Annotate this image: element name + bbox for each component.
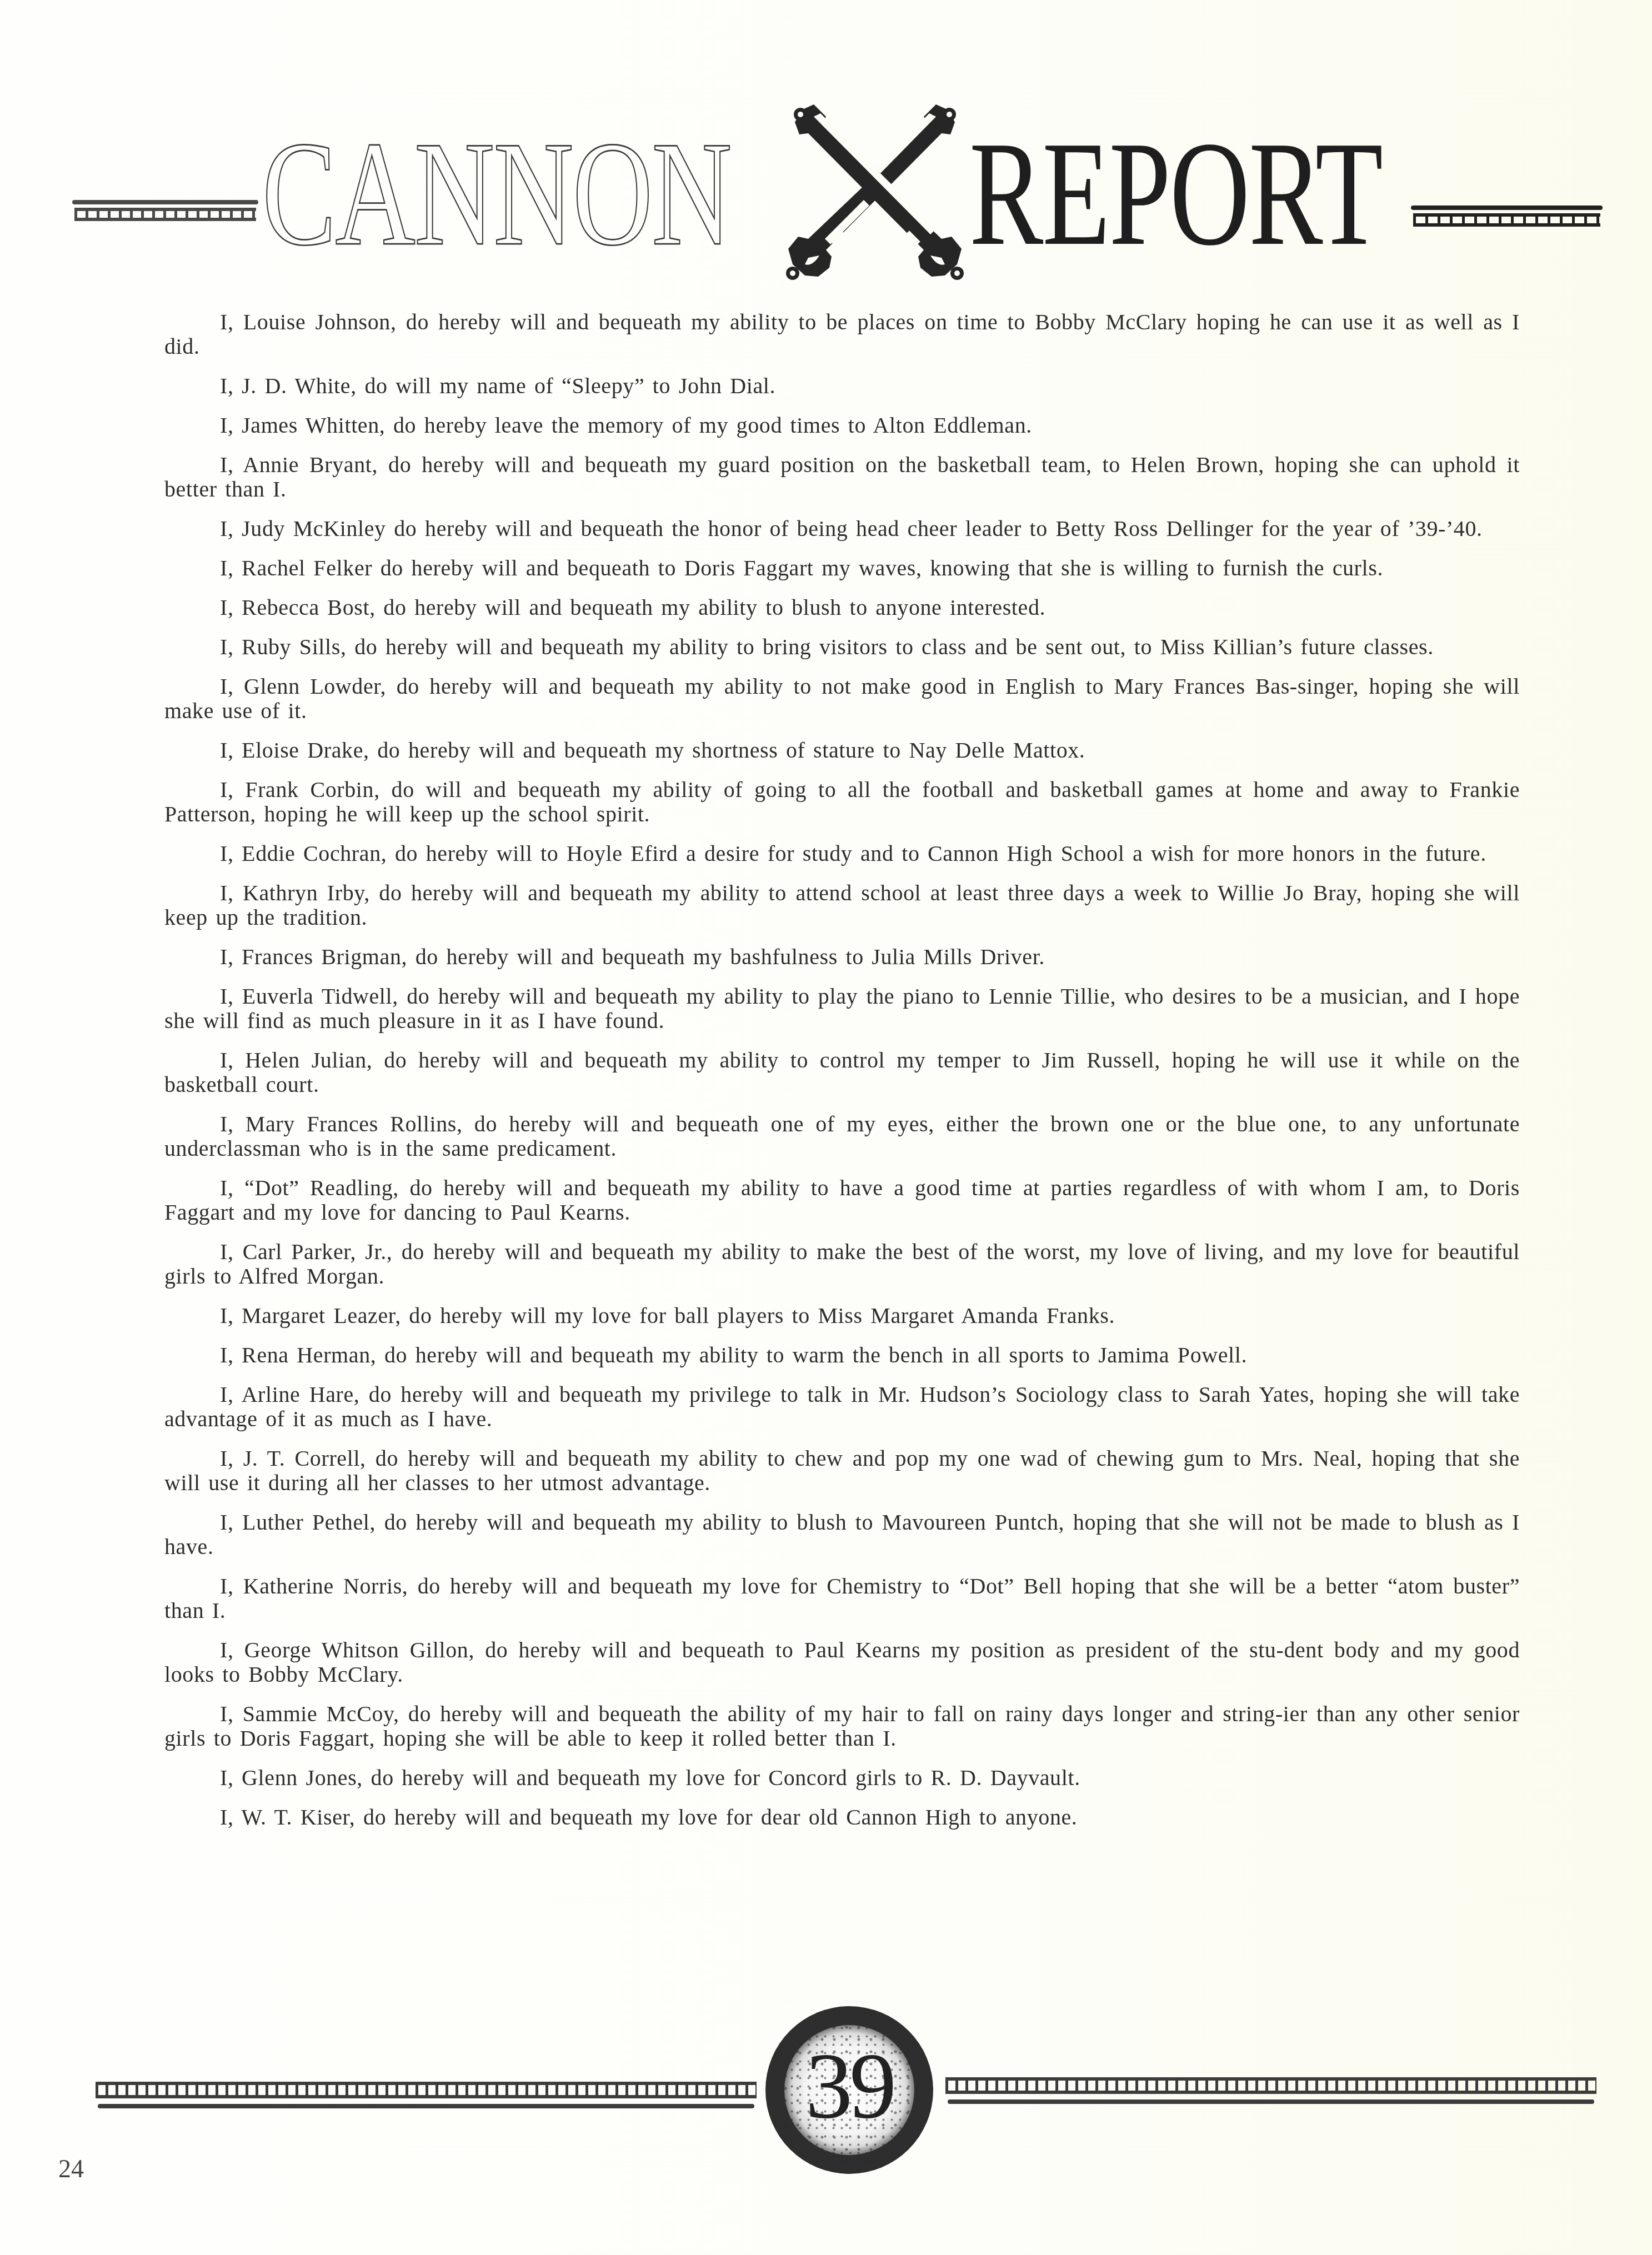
title-report: REPORT [969,119,1382,269]
will-paragraph: I, James Whitten, do hereby leave the me… [164,413,1520,438]
year-medallion-icon: 39 [765,2006,933,2174]
will-paragraph: I, Katherine Norris, do hereby will and … [164,1574,1520,1623]
left-rule-ornament [72,200,258,222]
rule-ladder [1413,213,1600,227]
will-paragraph: I, “Dot” Readling, do hereby will and be… [164,1176,1520,1225]
will-paragraph: I, Arline Hare, do hereby will and beque… [164,1382,1520,1431]
left-footer-rule [96,2082,757,2109]
title-cannon: CANNON [262,119,731,269]
rule-ladder [96,2082,757,2098]
crossed-cannons-icon [775,100,975,283]
rule-line [72,200,258,204]
will-paragraph: I, Rena Herman, do hereby will and beque… [164,1343,1520,1367]
will-paragraph: I, Ruby Sills, do hereby will and bequea… [164,635,1520,659]
rule-line [98,2104,754,2108]
footer-ornament: 39 [0,2000,1652,2233]
will-paragraph: I, Glenn Lowder, do hereby will and bequ… [164,674,1520,723]
will-paragraph: I, Rebecca Bost, do hereby will and bequ… [164,595,1520,620]
will-paragraph: I, Louise Johnson, do hereby will and be… [164,310,1520,359]
rule-ladder [74,208,256,221]
rule-ladder [945,2077,1596,2094]
will-paragraph: I, Carl Parker, Jr., do hereby will and … [164,1240,1520,1289]
will-paragraph: I, Mary Frances Rollins, do hereby will … [164,1112,1520,1161]
will-paragraph: I, Sammie McCoy, do hereby will and bequ… [164,1702,1520,1751]
right-footer-rule [945,2077,1596,2105]
page-number: 24 [58,2154,84,2183]
will-paragraph: I, Frank Corbin, do will and bequeath my… [164,778,1520,826]
will-paragraph: I, Kathryn Irby, do hereby will and bequ… [164,881,1520,930]
class-wills: I, Louise Johnson, do hereby will and be… [164,310,1520,1845]
will-paragraph: I, Euverla Tidwell, do hereby will and b… [164,984,1520,1033]
will-paragraph: I, Annie Bryant, do hereby will and bequ… [164,453,1520,502]
will-paragraph: I, J. D. White, do will my name of “Slee… [164,374,1520,398]
will-paragraph: I, Frances Brigman, do hereby will and b… [164,945,1520,969]
will-paragraph: I, Glenn Jones, do hereby will and beque… [164,1766,1520,1790]
will-paragraph: I, Rachel Felker do hereby will and bequ… [164,556,1520,580]
will-paragraph: I, Eddie Cochran, do hereby will to Hoyl… [164,841,1520,866]
masthead: CANNON REPORT [0,106,1652,294]
will-paragraph: I, Luther Pethel, do hereby will and beq… [164,1510,1520,1559]
will-paragraph: I, Helen Julian, do hereby will and bequ… [164,1048,1520,1097]
will-paragraph: I, George Whitson Gillon, do hereby will… [164,1638,1520,1687]
will-paragraph: I, W. T. Kiser, do hereby will and beque… [164,1805,1520,1830]
will-paragraph: I, Margaret Leazer, do hereby will my lo… [164,1304,1520,1328]
will-paragraph: I, Eloise Drake, do hereby will and bequ… [164,738,1520,763]
year-badge: 39 [765,2038,933,2133]
will-paragraph: I, Judy McKinley do hereby will and bequ… [164,517,1520,541]
rule-line [948,2099,1594,2104]
right-rule-ornament [1411,206,1603,228]
rule-line [1411,206,1603,210]
will-paragraph: I, J. T. Correll, do hereby will and beq… [164,1446,1520,1495]
